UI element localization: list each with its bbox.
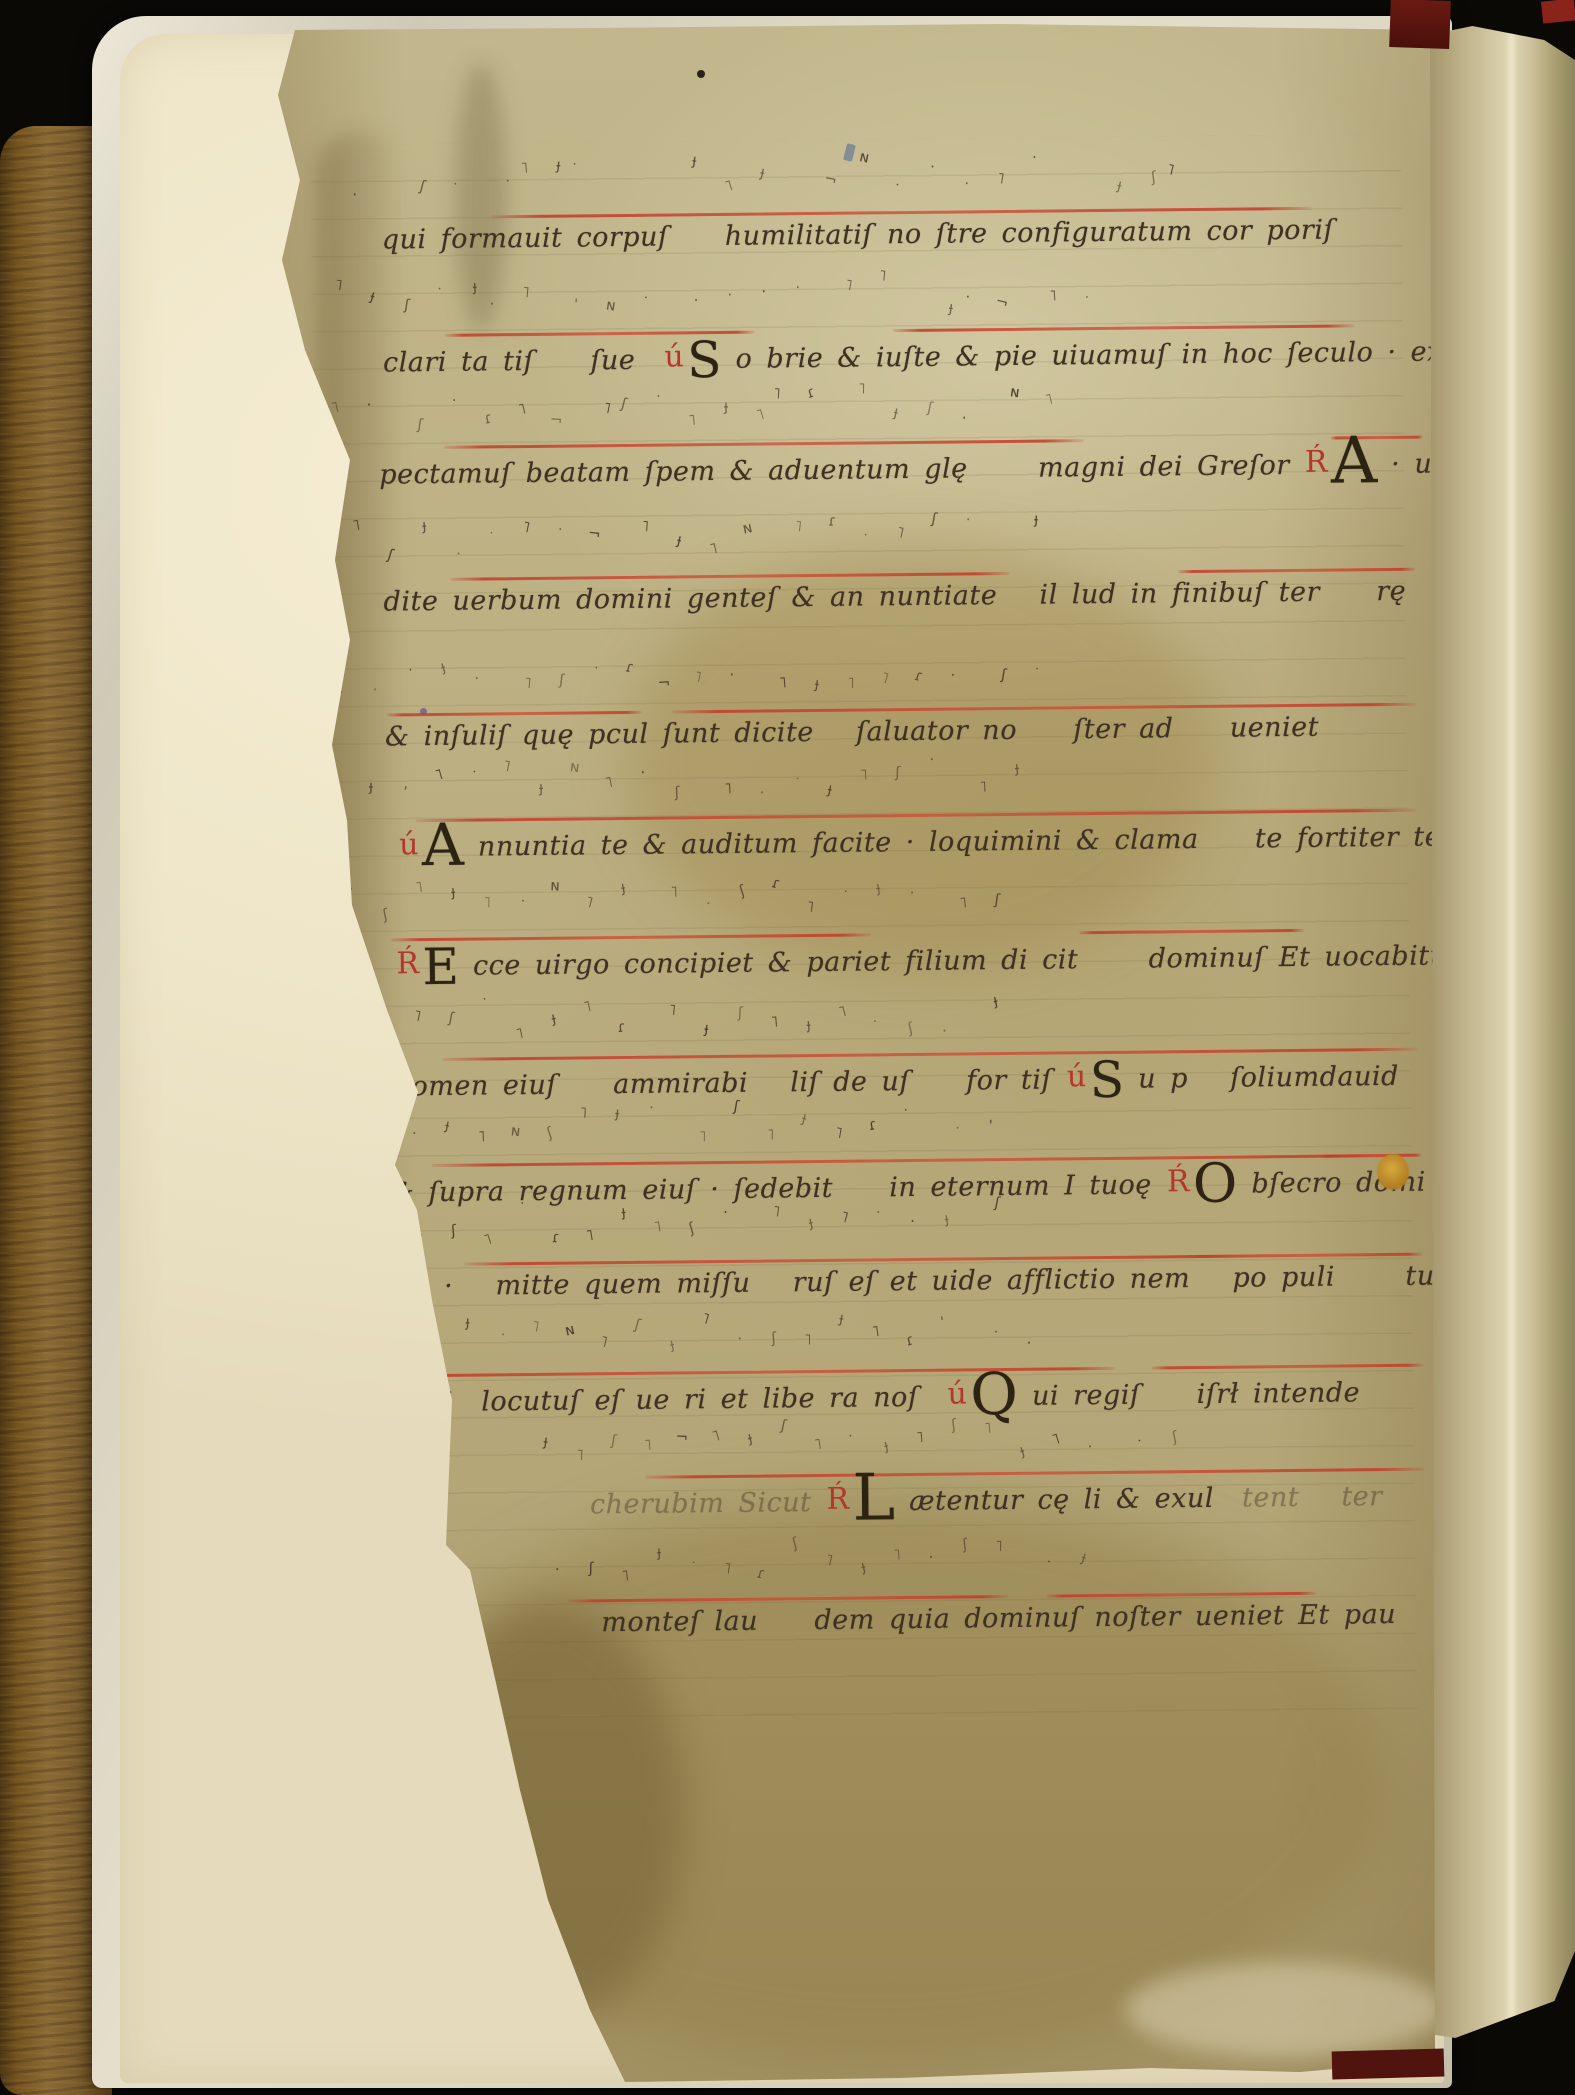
rubric-mark: Ŕ [1305, 445, 1328, 480]
text-run: pectamuſ beatam ſpem & aduentum glę magn… [379, 450, 1304, 491]
initial-letter: A [422, 811, 465, 879]
rubric-mark: Ŕ [826, 1482, 849, 1517]
chant-text-line: ne · mitte quem miſſu ruſ eſ et uide aff… [396, 1261, 1435, 1303]
text-run: cherubim Sicut [590, 1487, 826, 1520]
red-staff-line [1178, 568, 1415, 573]
text-run: o brie & iuſte & pie uiuamuſ in hoc ſecu… [721, 336, 1443, 375]
chant-line: · ʃ ˥ ɟ ˥ ˙ ɴ ˥ ɟ ˥ · ʃ ɾ ˥ ˙ ɟ · ˥ ʃŔE … [334, 861, 1437, 995]
text-run: ne · mitte quem miſſu ruſ eſ et uide aff… [396, 1261, 1435, 1303]
chant-line: ˥ · ʃ ˙ ɾ ˥ ¬ ˥ʃ ˙ ˥ ɟ ˥˥ ɾ ˥ ɟ ʃ · ɴ ˥p… [318, 370, 1432, 504]
headband-red-corner [1541, 0, 1575, 24]
chant-text-line: ŔE cce uirgo concipiet & pariet filium d… [395, 935, 1461, 982]
chant-line: · ʃ ˥ ɟ ˙ ˥ ɾ ʃ ˥ ɟ ˥ · ʃ ˥ ˙ ɟmonteſ la… [540, 1524, 1444, 1655]
chant-text-line: pectamuſ beatam ſpem & aduentum glę magn… [379, 444, 1432, 491]
red-staff-line [1321, 1154, 1421, 1158]
text-run: qui formauit corpuſ humilitatiſ no ſtre … [382, 215, 1335, 256]
neume-row: ˥ ɟ ˥ ʃ ˙ ˥ ɟ ˥ ɾ ˥ ɟ ʃ ˥ ɟ ˥ ˙ ʃ · ɟ [341, 983, 1447, 1057]
red-staff-line [387, 711, 642, 717]
neume-row: ʃ ˥ ˙ ɟ ˥ ɴ ʃ ˥ ɟ · ˥ ʃ ˥ ɟ ˥ ɾ ˙ · ʹ [337, 1089, 1448, 1163]
neume-row: ˥ · ʃ ˙ ɾ ˥ ¬ ˥ʃ ˙ ˥ ɟ ˥˥ ɾ ˥ ɟ ʃ · ɴ ˥ [326, 371, 1440, 445]
text-run: dite uerbum domini genteſ & an nuntiate … [383, 576, 1406, 618]
neume-row: · · ˙ ɟ · ˥ ʃ ˙ ɾ ¬ ˥ · ˥ ɟ ˥ ˥ ɾ · ʃ ˙ [332, 638, 1443, 712]
chant-line: ˥ ʃ ɟ · ˙ ˥ · ¬ ˥ ɟ ˥ ɴ ˥ ɾ ˙ ˥ ʃ · ɟdit… [323, 502, 1434, 636]
initial-letter: E [422, 938, 459, 996]
neume-row: · ʃ ˥ ɟ ˙ ˥ ɾ ʃ ˥ ɟ ˥ · ʃ ˥ ˙ ɟ [548, 1526, 1452, 1597]
wax-blob [1377, 1154, 1409, 1190]
rubric-mark: ú [664, 339, 684, 374]
chant-line: ɟ ˥ ʃ ˥ ¬ ˥ ɟ ʃ ˥ ˙ ɟ ˥ ʃ ˥ ɟ ˥ · ˙ ʃche… [529, 1401, 1443, 1533]
initial-letter: A [1330, 424, 1377, 498]
text-run: tent ter [1228, 1481, 1383, 1514]
text-run: monteſ lau dem quia dominuſ noſter uenie… [601, 1599, 1396, 1638]
text-run: cce uirgo concipiet & pariet filium di c… [459, 940, 1461, 981]
rubric-mark: ú [399, 827, 419, 862]
red-staff-line [1046, 1592, 1316, 1598]
neume-row: ɟ ʹ ˥ ˙ ˥ ɟ ɴ ˥ · ʃ ˥ · ˙ ɟ ˥ ʃ · ˥ ɟ [345, 744, 1444, 817]
chant-line: ɟ ʹ ˥ ˙ ˥ ɟ ɴ ˥ · ʃ ˥ · ˙ ɟ ˥ ʃ · ˥ ɟúA … [337, 743, 1436, 876]
neume-row: · ˥ ɟ ʃ ˥ ˙ ɾ ˥ ɟ ˥ ʃ · ˥ ɟ ˥ ˙ · ɟ ʃ [343, 1188, 1449, 1262]
chant-text-line: úA nnuntia te & auditum facite · loquimi… [398, 816, 1482, 863]
scanned-manuscript-photo: · ʃ ˙ ·˥ ɟ˙ ɟ ˥ ɟ ¬ ɴ ˙ · · ˥ · ɟ ʃ˥qui … [0, 0, 1575, 2095]
neume-row: ɟ ˥ ʃ ˥ ¬ ˥ ɟ ʃ ˥ ˙ ɟ ˥ ʃ ˥ ɟ ˥ · ˙ ʃ [537, 1403, 1451, 1475]
neume-row: · ʃ ˙ ·˥ ɟ˙ ɟ ˥ ɟ ¬ ɴ ˙ · · ˥ · ɟ ʃ˥ [329, 141, 1438, 215]
red-staff-line [1079, 929, 1304, 934]
neume-row: ˥ ʃ ɟ · ˙ ˥ · ¬ ˥ ɟ ˥ ɴ ˥ ɾ ˙ ˥ ʃ · ɟ [331, 503, 1442, 577]
rubric-mark: Ŕ [396, 946, 419, 981]
neume-row: · ʃ ˥ ɟ ˥ ˙ ɴ ˥ ɟ ˥ · ʃ ɾ ˥ ˙ ɟ · ˥ ʃ [342, 863, 1445, 937]
red-staff-line [1152, 1364, 1424, 1370]
text-run: clari ta tiſ ſue [383, 345, 664, 379]
chant-text-line: monteſ lau dem quia dominuſ noſter uenie… [601, 1599, 1396, 1638]
text-run: · u [1377, 449, 1432, 481]
text-run: ætentur cę li & exul [895, 1483, 1228, 1517]
text-run: nnuntia te & auditum facite · loquimini … [464, 821, 1483, 863]
chant-text-line: qui formauit corpuſ humilitatiſ no ſtre … [382, 215, 1335, 256]
spine-red-edge-bottom [1332, 2049, 1445, 2080]
rubric-mark: ú [1067, 1059, 1087, 1094]
neume-row: ˥ ɟ ʃ ˙ ɟ· ˥ ʹ ɴ ˙ · · · · ˥ ˥ ɟ· ¬ ˥ · [330, 259, 1439, 333]
initial-letter: L [852, 1461, 895, 1535]
neume-row: ˥ ʃ ɟ ˙ ˥ ɴ ˥ ʃ ɟ ˥ · ʃ ˥ ɟ ˥ ɾ ʹ ˙ · [391, 1299, 1450, 1372]
red-staff-line [1187, 1253, 1422, 1258]
chant-text-line: dite uerbum domini genteſ & an nuntiate … [383, 576, 1406, 618]
chant-text-line: cherubim Sicut ŔL ætentur cę li & exul t… [590, 1476, 1383, 1520]
spine-red-edge-top [1389, 0, 1451, 49]
chant-line: · ʃ ˙ ·˥ ɟ˙ ɟ ˥ ɟ ¬ ɴ ˙ · · ˥ · ɟ ʃ˥qui … [321, 140, 1430, 274]
